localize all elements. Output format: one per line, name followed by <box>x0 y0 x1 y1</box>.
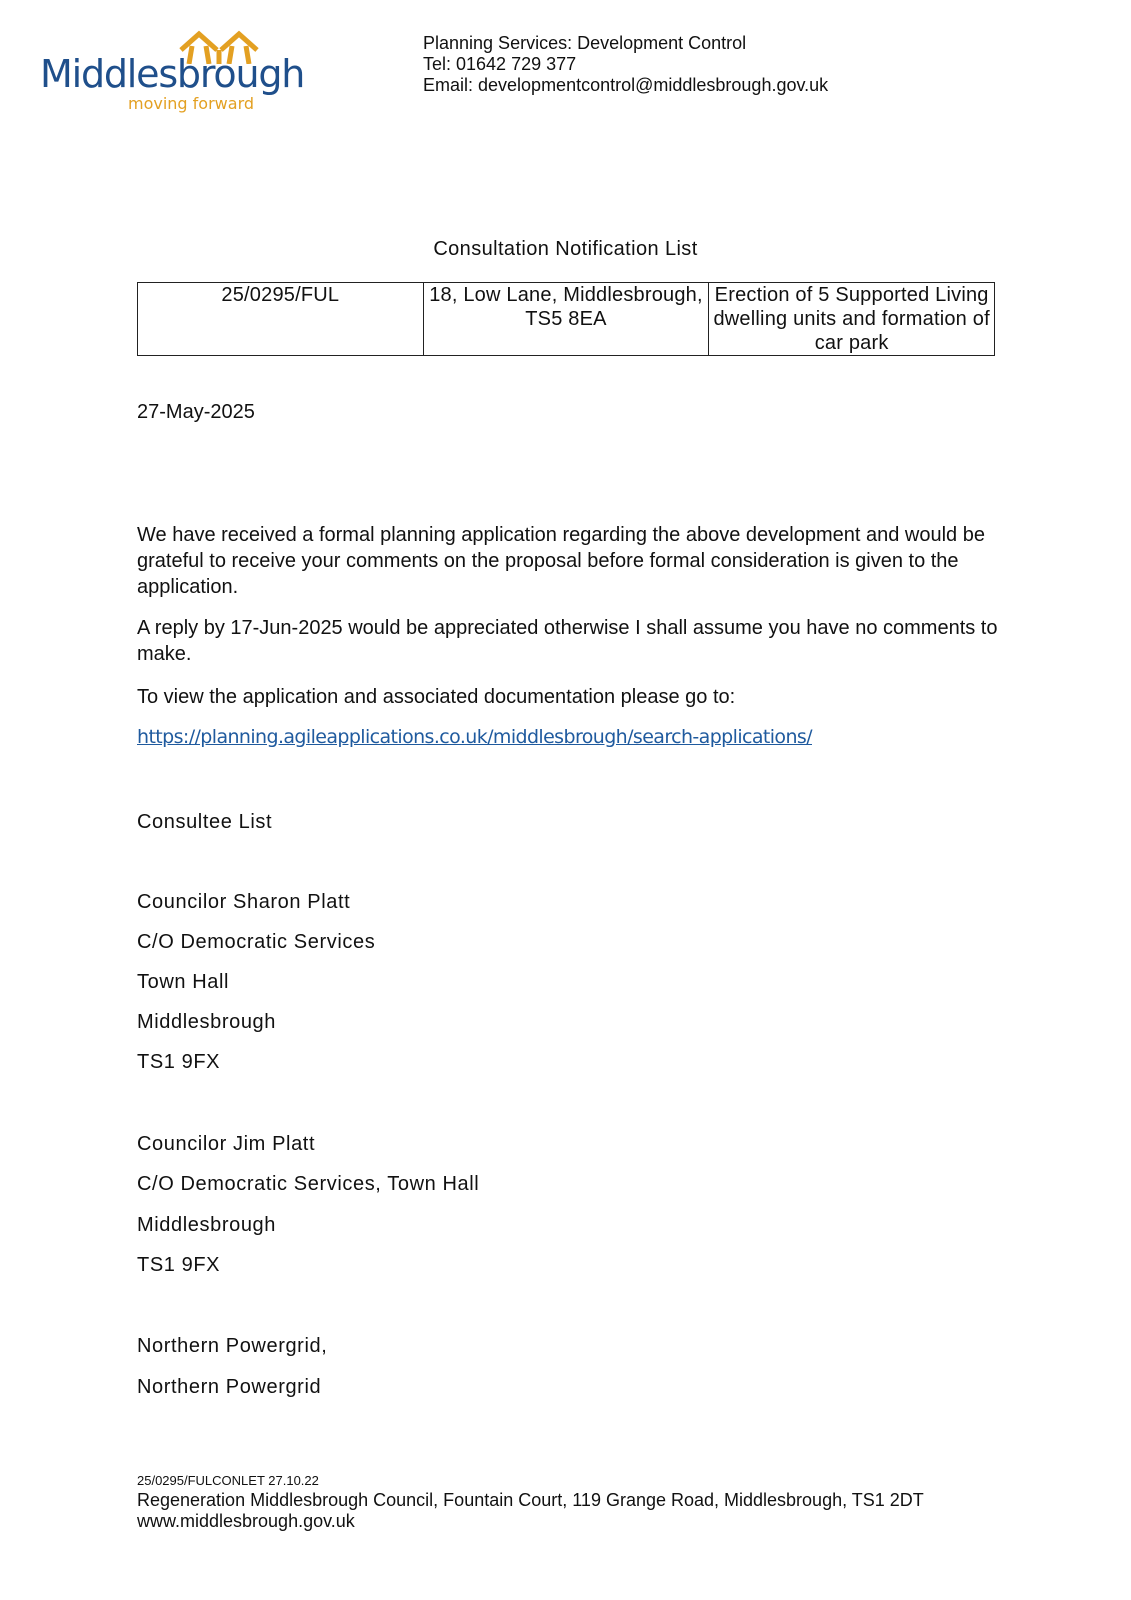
footer-website: www.middlesbrough.gov.uk <box>137 1511 355 1532</box>
council-logo: Middlesbrough moving forward <box>40 30 310 120</box>
table-row: 25/0295/FUL 18, Low Lane, Middlesbrough,… <box>138 283 995 356</box>
consultee-line: C/O Democratic Services, Town Hall <box>137 1172 479 1196</box>
letter-date: 27-May-2025 <box>137 400 255 424</box>
intro-paragraph: We have received a formal planning appli… <box>137 522 1007 600</box>
application-reference: 25/0295/FUL <box>138 283 424 356</box>
consultee-line: TS1 9FX <box>137 1253 220 1277</box>
email-address: Email: developmentcontrol@middlesbrough.… <box>423 75 828 96</box>
logo-tagline: moving forward <box>128 94 254 114</box>
document-title: Consultation Notification List <box>0 237 1131 261</box>
consultee-line: Northern Powergrid <box>137 1375 321 1399</box>
consultee-list-heading: Consultee List <box>137 810 272 834</box>
contact-block: Planning Services: Development Control T… <box>423 33 828 96</box>
planning-search-link[interactable]: https://planning.agileapplications.co.uk… <box>137 725 812 749</box>
reply-deadline-paragraph: A reply by 17-Jun-2025 would be apprecia… <box>137 615 1007 667</box>
telephone: Tel: 01642 729 377 <box>423 54 828 75</box>
logo-wordmark: Middlesbrough <box>40 52 304 96</box>
consultee-line: C/O Democratic Services <box>137 930 375 954</box>
consultee-line: TS1 9FX <box>137 1050 220 1074</box>
consultee-line: Town Hall <box>137 970 229 994</box>
consultee-line: Middlesbrough <box>137 1010 276 1034</box>
consultee-line: Councilor Sharon Platt <box>137 890 350 914</box>
footer-reference: 25/0295/FULCONLET 27.10.22 <box>137 1473 319 1489</box>
application-address: 18, Low Lane, Middlesbrough, TS5 8EA <box>423 283 709 356</box>
consultee-line: Councilor Jim Platt <box>137 1132 315 1156</box>
consultee-line: Middlesbrough <box>137 1213 276 1237</box>
application-description: Erection of 5 Supported Living dwelling … <box>709 283 995 356</box>
footer-address: Regeneration Middlesbrough Council, Foun… <box>137 1490 924 1511</box>
view-instructions-paragraph: To view the application and associated d… <box>137 684 1007 710</box>
service-name: Planning Services: Development Control <box>423 33 828 54</box>
consultee-line: Northern Powergrid, <box>137 1334 327 1358</box>
application-table: 25/0295/FUL 18, Low Lane, Middlesbrough,… <box>137 282 995 356</box>
